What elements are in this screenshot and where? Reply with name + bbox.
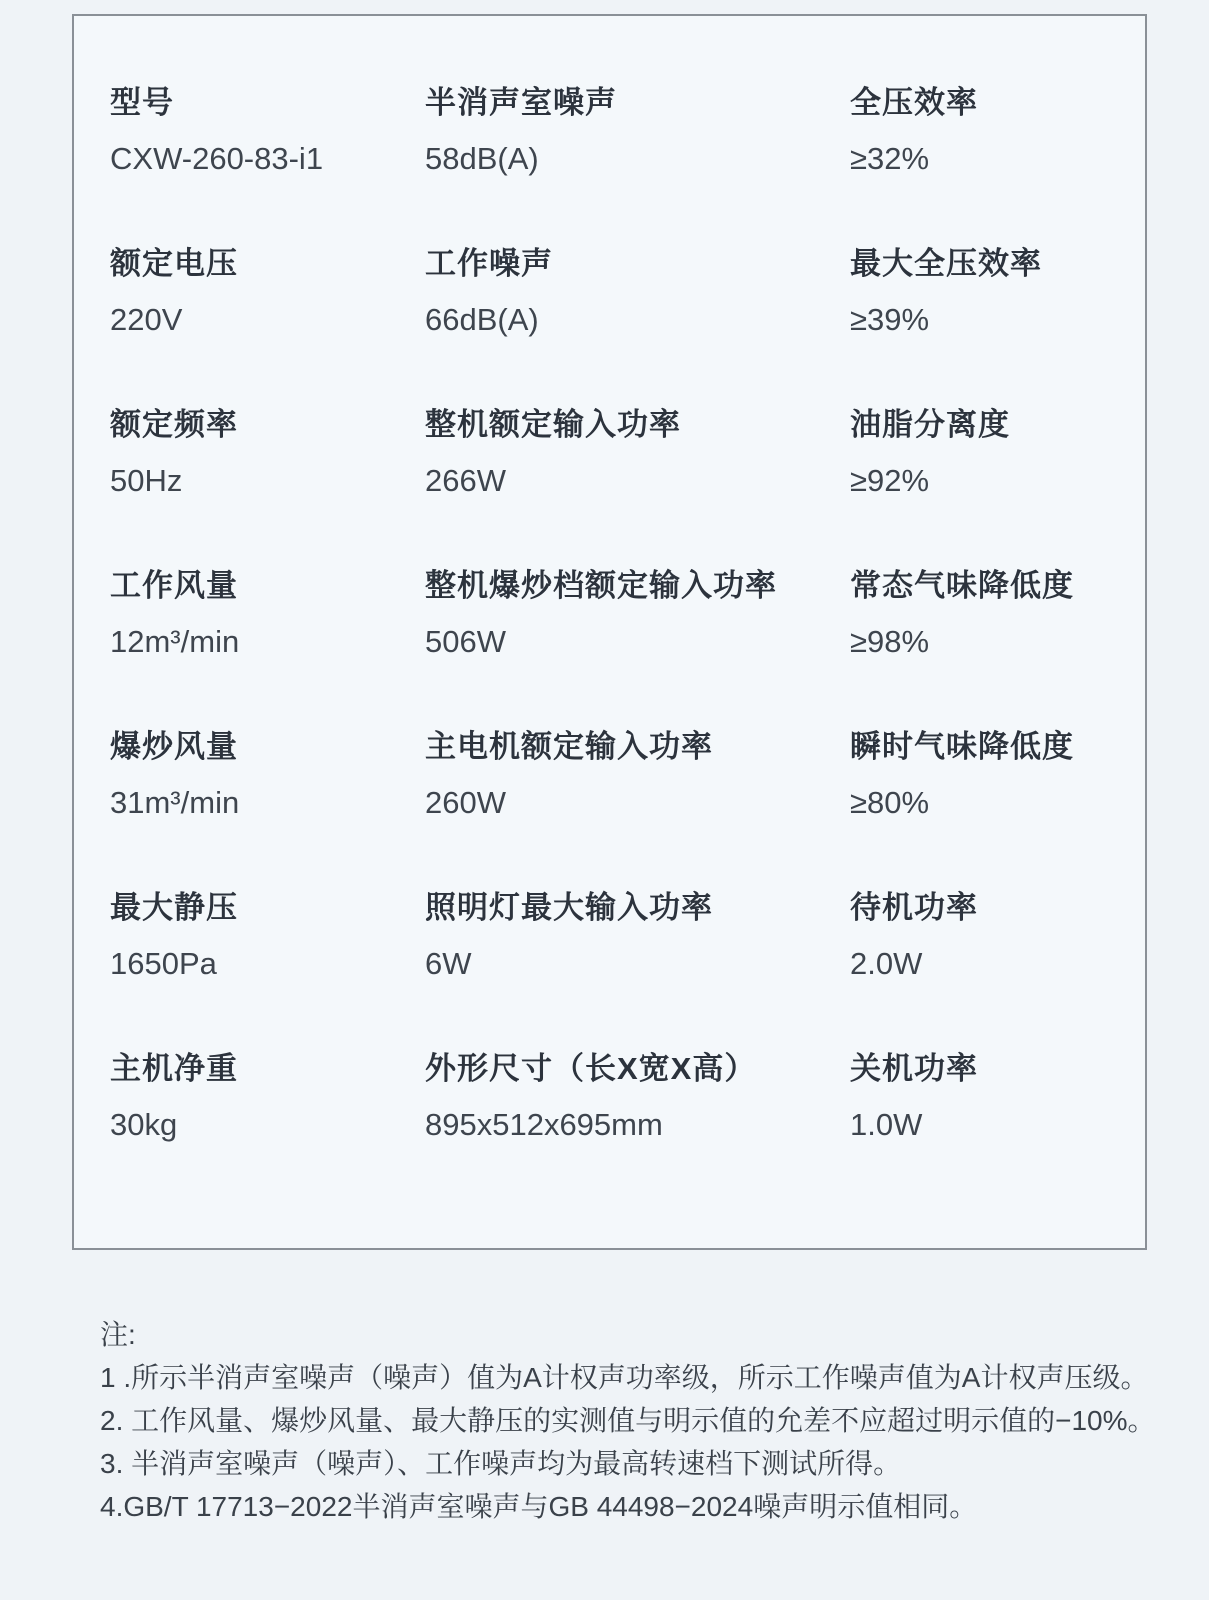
notes-list: 1 .所示半消声室噪声（噪声）值为A计权声功率级，所示工作噪声值为A计权声压级。… (100, 1356, 1150, 1528)
spec-label: 常态气味降低度 (850, 565, 1115, 607)
spec-item: 瞬时气味降低度 ≥80% (850, 726, 1115, 887)
spec-item: 工作噪声 66dB(A) (425, 243, 850, 404)
spec-item: 关机功率 1.0W (850, 1048, 1115, 1209)
spec-label: 最大静压 (110, 887, 425, 929)
spec-value: ≥92% (850, 460, 1115, 502)
spec-item: 型号 CXW-260-83-i1 (110, 82, 425, 243)
spec-label: 主电机额定输入功率 (425, 726, 850, 768)
spec-value: 895x512x695mm (425, 1104, 850, 1146)
spec-value: ≥32% (850, 138, 1115, 180)
spec-label: 最大全压效率 (850, 243, 1115, 285)
spec-item: 主电机额定输入功率 260W (425, 726, 850, 887)
spec-label: 主机净重 (110, 1048, 425, 1090)
spec-label: 全压效率 (850, 82, 1115, 124)
spec-label: 额定电压 (110, 243, 425, 285)
spec-value: 1.0W (850, 1104, 1115, 1146)
spec-label: 照明灯最大输入功率 (425, 887, 850, 929)
spec-value: 260W (425, 782, 850, 824)
spec-label: 外形尺寸（长X宽X高） (425, 1048, 850, 1090)
note-line: 2. 工作风量、爆炒风量、最大静压的实测值与明示值的允差不应超过明示值的−10%… (100, 1399, 1150, 1442)
spec-label: 关机功率 (850, 1048, 1115, 1090)
spec-value: 30kg (110, 1104, 425, 1146)
spec-value: 58dB(A) (425, 138, 850, 180)
spec-item: 工作风量 12m³/min (110, 565, 425, 726)
spec-item: 最大全压效率 ≥39% (850, 243, 1115, 404)
spec-item: 半消声室噪声 58dB(A) (425, 82, 850, 243)
spec-item: 额定电压 220V (110, 243, 425, 404)
spec-label: 油脂分离度 (850, 404, 1115, 446)
notes-section: 注: 1 .所示半消声室噪声（噪声）值为A计权声功率级，所示工作噪声值为A计权声… (100, 1313, 1150, 1528)
spec-value: 266W (425, 460, 850, 502)
spec-item: 外形尺寸（长X宽X高） 895x512x695mm (425, 1048, 850, 1209)
spec-label: 瞬时气味降低度 (850, 726, 1115, 768)
spec-label: 型号 (110, 82, 425, 124)
spec-value: 6W (425, 943, 850, 985)
spec-item: 待机功率 2.0W (850, 887, 1115, 1048)
note-line: 3. 半消声室噪声（噪声）、工作噪声均为最高转速档下测试所得。 (100, 1442, 1150, 1485)
spec-item: 主机净重 30kg (110, 1048, 425, 1209)
spec-label: 整机爆炒档额定输入功率 (425, 565, 850, 607)
spec-label: 待机功率 (850, 887, 1115, 929)
spec-value: ≥98% (850, 621, 1115, 663)
spec-panel: 型号 CXW-260-83-i1 半消声室噪声 58dB(A) 全压效率 ≥32… (72, 14, 1147, 1250)
notes-heading: 注: (100, 1313, 1150, 1356)
spec-value: 12m³/min (110, 621, 425, 663)
spec-item: 爆炒风量 31m³/min (110, 726, 425, 887)
spec-item: 整机爆炒档额定输入功率 506W (425, 565, 850, 726)
spec-item: 整机额定输入功率 266W (425, 404, 850, 565)
spec-value: 50Hz (110, 460, 425, 502)
spec-label: 额定频率 (110, 404, 425, 446)
spec-item: 油脂分离度 ≥92% (850, 404, 1115, 565)
spec-value: 1650Pa (110, 943, 425, 985)
spec-value: ≥80% (850, 782, 1115, 824)
spec-label: 爆炒风量 (110, 726, 425, 768)
note-line: 4.GB/T 17713−2022半消声室噪声与GB 44498−2024噪声明… (100, 1485, 1150, 1528)
spec-grid: 型号 CXW-260-83-i1 半消声室噪声 58dB(A) 全压效率 ≥32… (110, 82, 1115, 1209)
spec-value: 506W (425, 621, 850, 663)
spec-value: ≥39% (850, 299, 1115, 341)
spec-item: 最大静压 1650Pa (110, 887, 425, 1048)
spec-item: 常态气味降低度 ≥98% (850, 565, 1115, 726)
spec-label: 半消声室噪声 (425, 82, 850, 124)
spec-value: CXW-260-83-i1 (110, 138, 425, 180)
spec-label: 整机额定输入功率 (425, 404, 850, 446)
spec-label: 工作噪声 (425, 243, 850, 285)
spec-item: 额定频率 50Hz (110, 404, 425, 565)
spec-value: 220V (110, 299, 425, 341)
spec-value: 66dB(A) (425, 299, 850, 341)
spec-value: 2.0W (850, 943, 1115, 985)
spec-item: 照明灯最大输入功率 6W (425, 887, 850, 1048)
spec-item: 全压效率 ≥32% (850, 82, 1115, 243)
note-line: 1 .所示半消声室噪声（噪声）值为A计权声功率级，所示工作噪声值为A计权声压级。 (100, 1356, 1150, 1399)
spec-label: 工作风量 (110, 565, 425, 607)
spec-value: 31m³/min (110, 782, 425, 824)
